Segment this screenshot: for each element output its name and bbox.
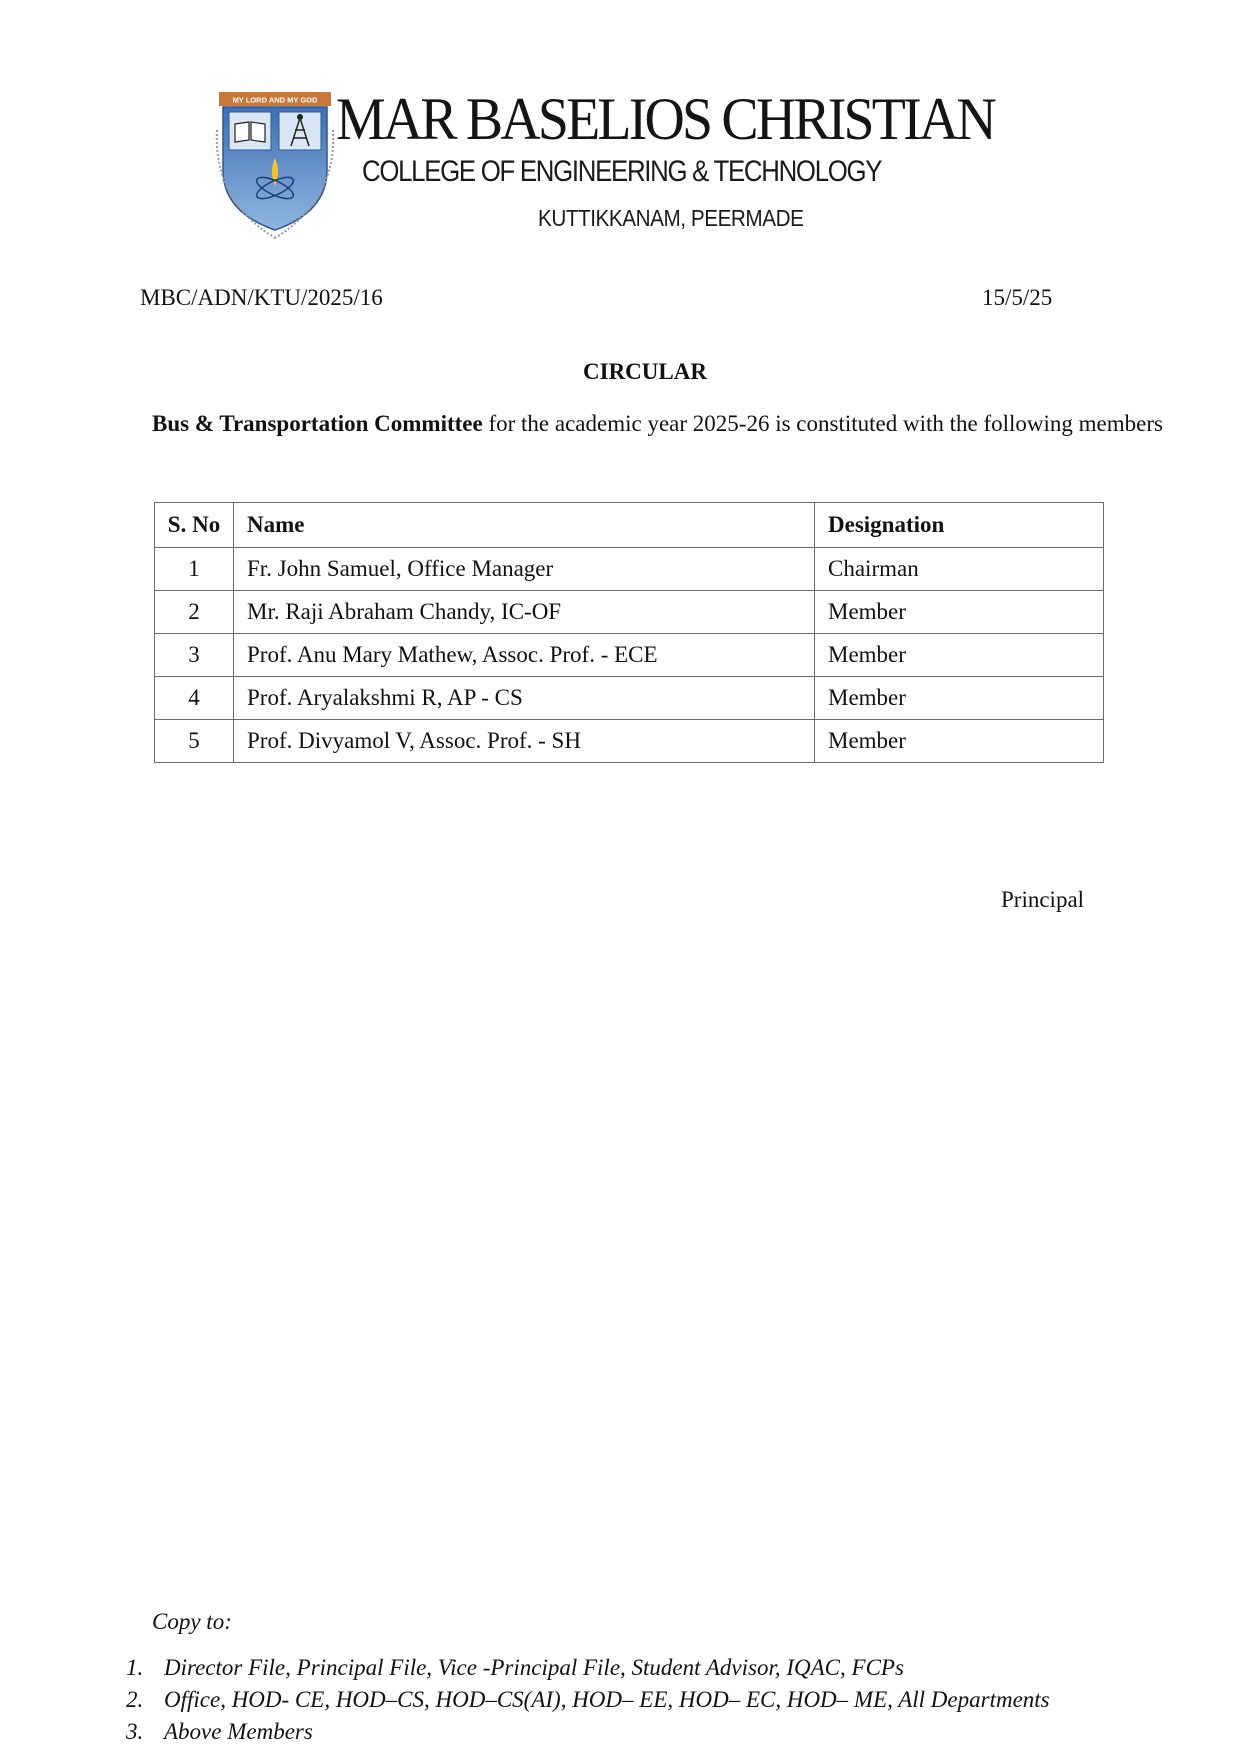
cell-designation: Member — [815, 677, 1104, 720]
header-sno: S. No — [155, 503, 234, 548]
college-crest-icon: MY LORD AND MY GOD — [205, 90, 345, 240]
table-row: 1 Fr. John Samuel, Office Manager Chairm… — [155, 548, 1104, 591]
copy-to-item: 3.Above Members — [126, 1718, 313, 1746]
cell-designation: Member — [815, 720, 1104, 763]
copy-to-item: 2.Office, HOD- CE, HOD–CS, HOD–CS(AI), H… — [126, 1686, 1050, 1714]
cell-name: Prof. Aryalakshmi R, AP - CS — [234, 677, 815, 720]
circular-date: 15/5/25 — [982, 284, 1052, 312]
header-name: Name — [234, 503, 815, 548]
cell-name: Prof. Anu Mary Mathew, Assoc. Prof. - EC… — [234, 634, 815, 677]
signatory: Principal — [1001, 886, 1084, 914]
cell-name: Prof. Divyamol V, Assoc. Prof. - SH — [234, 720, 815, 763]
copy-to-item-text: Director File, Principal File, Vice -Pri… — [164, 1655, 904, 1680]
copy-to-item-number: 3. — [126, 1718, 164, 1746]
header-designation: Designation — [815, 503, 1104, 548]
copy-to-item-number: 2. — [126, 1686, 164, 1714]
body-text: for the academic year 2025-26 is constit… — [483, 411, 1163, 436]
table-header-row: S. No Name Designation — [155, 503, 1104, 548]
table-row: 5 Prof. Divyamol V, Assoc. Prof. - SH Me… — [155, 720, 1104, 763]
svg-text:MY LORD AND MY GOD: MY LORD AND MY GOD — [233, 96, 318, 105]
cell-designation: Member — [815, 591, 1104, 634]
copy-to-item: 1.Director File, Principal File, Vice -P… — [126, 1654, 904, 1682]
copy-to-item-text: Office, HOD- CE, HOD–CS, HOD–CS(AI), HOD… — [164, 1687, 1050, 1712]
table-row: 3 Prof. Anu Mary Mathew, Assoc. Prof. - … — [155, 634, 1104, 677]
circular-body: Bus & Transportation Committee for the a… — [152, 406, 1197, 442]
committee-name: Bus & Transportation Committee — [152, 411, 483, 436]
institution-name: MAR BASELIOS CHRISTIAN — [336, 84, 996, 154]
cell-designation: Chairman — [815, 548, 1104, 591]
institution-subtitle: COLLEGE OF ENGINEERING & TECHNOLOGY — [362, 154, 881, 190]
reference-number: MBC/ADN/KTU/2025/16 — [140, 284, 383, 312]
copy-to-label: Copy to: — [152, 1608, 232, 1636]
copy-to-item-number: 1. — [126, 1654, 164, 1682]
document-heading: CIRCULAR — [0, 358, 1244, 386]
table-row: 2 Mr. Raji Abraham Chandy, IC-OF Member — [155, 591, 1104, 634]
table-row: 4 Prof. Aryalakshmi R, AP - CS Member — [155, 677, 1104, 720]
cell-sno: 4 — [155, 677, 234, 720]
cell-sno: 1 — [155, 548, 234, 591]
members-table: S. No Name Designation 1 Fr. John Samuel… — [154, 502, 1104, 763]
cell-designation: Member — [815, 634, 1104, 677]
cell-name: Fr. John Samuel, Office Manager — [234, 548, 815, 591]
cell-sno: 5 — [155, 720, 234, 763]
cell-name: Mr. Raji Abraham Chandy, IC-OF — [234, 591, 815, 634]
copy-to-item-text: Above Members — [164, 1719, 313, 1744]
cell-sno: 2 — [155, 591, 234, 634]
cell-sno: 3 — [155, 634, 234, 677]
institution-location: KUTTIKKANAM, PEERMADE — [538, 204, 803, 232]
